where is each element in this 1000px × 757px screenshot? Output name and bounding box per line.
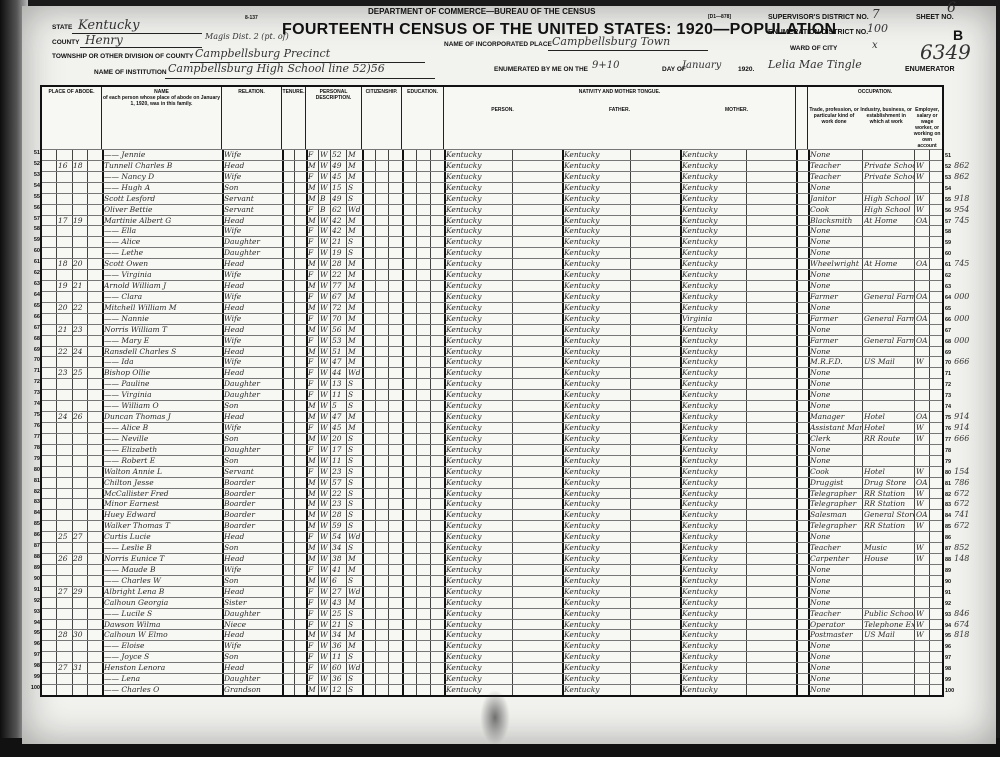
right-margin: 67 xyxy=(945,325,985,334)
line-number: 67 xyxy=(26,325,40,331)
right-margin: 85672 xyxy=(945,521,985,530)
sex: F xyxy=(308,445,318,455)
father-birthplace: Kentucky xyxy=(564,554,630,564)
industry: At Home xyxy=(864,259,914,269)
dwelling-number xyxy=(58,521,72,531)
person-name: —— Leslie B xyxy=(104,543,222,553)
birthplace: Kentucky xyxy=(446,663,512,673)
dwelling-number xyxy=(58,510,72,520)
occupation-code: 000 xyxy=(954,292,969,301)
worker-class xyxy=(916,565,929,575)
sex: M xyxy=(308,576,318,586)
relation: Wife xyxy=(224,336,282,346)
line-number: 54 xyxy=(26,183,40,189)
marital-status: M xyxy=(348,281,362,291)
occupation: Farmer xyxy=(810,314,862,324)
marital-status: M xyxy=(348,226,362,236)
right-margin: 52862 xyxy=(945,161,985,170)
right-margin: 73 xyxy=(945,390,985,399)
person-name: —— Charles W xyxy=(104,576,222,586)
right-line-number: 57 xyxy=(945,219,951,225)
dwelling-number xyxy=(58,620,72,630)
marital-status: S xyxy=(348,434,362,444)
father-birthplace: Kentucky xyxy=(564,401,630,411)
age: 36 xyxy=(332,641,346,651)
worker-class xyxy=(916,674,929,684)
occupation-code: 000 xyxy=(954,314,969,323)
worker-class xyxy=(916,576,929,586)
family-number: 18 xyxy=(73,161,87,171)
occupation: Teacher xyxy=(810,543,862,553)
line-number: 78 xyxy=(26,445,40,451)
line-number: 60 xyxy=(26,248,40,254)
mother-birthplace: Kentucky xyxy=(682,390,746,400)
line-number: 76 xyxy=(26,423,40,429)
birthplace: Kentucky xyxy=(446,194,512,204)
father-birthplace: Kentucky xyxy=(564,521,630,531)
father-birthplace: Kentucky xyxy=(564,478,630,488)
mother-birthplace: Kentucky xyxy=(682,685,746,695)
relation: Son xyxy=(224,543,282,553)
dwelling-number xyxy=(58,401,72,411)
worker-class: W xyxy=(916,620,929,630)
worker-class xyxy=(916,685,929,695)
person-name: Arnold William J xyxy=(104,281,222,291)
occupation-code: 862 xyxy=(954,172,969,181)
mother-birthplace: Kentucky xyxy=(682,554,746,564)
industry: At Home xyxy=(864,216,914,226)
industry: General Store xyxy=(864,510,914,520)
industry: Telephone Exchange xyxy=(864,620,914,630)
family-number xyxy=(73,401,87,411)
relation: Daughter xyxy=(224,445,282,455)
person-name: Curtis Lucie xyxy=(104,532,222,542)
right-line-number: 71 xyxy=(945,371,951,377)
table-row: 57 17 19 Martinie Albert G Head M W 42 M… xyxy=(42,215,942,226)
col-citizenship: CITIZENSHIP. xyxy=(362,87,402,149)
marital-status: S xyxy=(348,390,362,400)
relation: Wife xyxy=(224,314,282,324)
mother-birthplace: Kentucky xyxy=(682,357,746,367)
right-line-number: 92 xyxy=(945,601,951,607)
line-number: 80 xyxy=(26,467,40,473)
right-margin: 98 xyxy=(945,663,985,672)
marital-status: S xyxy=(348,674,362,684)
person-name: —— Alice xyxy=(104,237,222,247)
family-number: 22 xyxy=(73,303,87,313)
occupation: None xyxy=(810,325,862,335)
right-line-number: 89 xyxy=(945,568,951,574)
line-number: 92 xyxy=(26,598,40,604)
race: W xyxy=(320,641,330,651)
race: W xyxy=(320,390,330,400)
family-number xyxy=(73,499,87,509)
person-name: —— Alice B xyxy=(104,423,222,433)
col-occupation-title: OCCUPATION. xyxy=(808,89,942,95)
race: W xyxy=(320,445,330,455)
sex: M xyxy=(308,434,318,444)
right-margin: 94674 xyxy=(945,620,985,629)
occupation: Postmaster xyxy=(810,630,862,640)
industry: RR Station xyxy=(864,521,914,531)
col-relation: RELATION. xyxy=(222,87,282,149)
county-value: Henry xyxy=(85,33,123,47)
month-value: January xyxy=(682,60,721,71)
family-number xyxy=(73,521,87,531)
family-number xyxy=(73,434,87,444)
age: 47 xyxy=(332,357,346,367)
father-birthplace: Kentucky xyxy=(564,543,630,553)
dwelling-number xyxy=(58,205,72,215)
mother-birthplace: Kentucky xyxy=(682,445,746,455)
worker-class: OA xyxy=(916,510,929,520)
industry xyxy=(864,641,914,651)
right-line-number: 94 xyxy=(945,623,951,629)
mother-birthplace: Kentucky xyxy=(682,336,746,346)
father-birthplace: Kentucky xyxy=(564,510,630,520)
mother-birthplace: Kentucky xyxy=(682,510,746,520)
relation: Head xyxy=(224,368,282,378)
right-line-number: 95 xyxy=(945,633,951,639)
person-name: Norris Eunice T xyxy=(104,554,222,564)
industry xyxy=(864,445,914,455)
occupation: None xyxy=(810,685,862,695)
supervisor-value: 7 xyxy=(872,7,880,21)
marital-status: M xyxy=(348,216,362,226)
father-birthplace: Kentucky xyxy=(564,303,630,313)
dwelling-number xyxy=(58,183,72,193)
relation: Head xyxy=(224,412,282,422)
right-line-number: 52 xyxy=(945,164,951,170)
race: W xyxy=(320,248,330,258)
age: 11 xyxy=(332,456,346,466)
birthplace: Kentucky xyxy=(446,183,512,193)
marital-status: S xyxy=(348,510,362,520)
right-line-number: 74 xyxy=(945,404,951,410)
birthplace: Kentucky xyxy=(446,423,512,433)
col-tenure: TENURE. xyxy=(282,87,306,149)
line-number: 56 xyxy=(26,205,40,211)
occupation-code: 954 xyxy=(954,205,969,214)
relation: Head xyxy=(224,554,282,564)
right-line-number: 100 xyxy=(945,688,954,694)
industry xyxy=(864,565,914,575)
family-number xyxy=(73,314,87,324)
family-number: 21 xyxy=(73,281,87,291)
industry: Private School xyxy=(864,161,914,171)
col-personal: PERSONAL DESCRIPTION. xyxy=(306,87,362,149)
worker-class: OA xyxy=(916,259,929,269)
mother-birthplace: Kentucky xyxy=(682,259,746,269)
father-birthplace: Kentucky xyxy=(564,205,630,215)
marital-status: M xyxy=(348,347,362,357)
right-margin: 97 xyxy=(945,652,985,661)
occupation: None xyxy=(810,401,862,411)
father-birthplace: Kentucky xyxy=(564,161,630,171)
industry xyxy=(864,576,914,586)
relation: Head xyxy=(224,347,282,357)
occupation-code: 672 xyxy=(954,489,969,498)
relation: Head xyxy=(224,161,282,171)
race: W xyxy=(320,652,330,662)
col-father: FATHER. xyxy=(561,107,678,113)
industry xyxy=(864,663,914,673)
sex: F xyxy=(308,609,318,619)
family-number xyxy=(73,336,87,346)
father-birthplace: Kentucky xyxy=(564,347,630,357)
person-name: —— Robert E xyxy=(104,456,222,466)
person-name: —— Mary E xyxy=(104,336,222,346)
relation: Niece xyxy=(224,620,282,630)
occupation-code: 745 xyxy=(954,259,969,268)
person-name: —— Elizabeth xyxy=(104,445,222,455)
worker-class: OA xyxy=(916,336,929,346)
marital-status: M xyxy=(348,598,362,608)
worker-class: W xyxy=(916,489,929,499)
mother-birthplace: Kentucky xyxy=(682,565,746,575)
person-name: —— Lethe xyxy=(104,248,222,258)
marital-status: M xyxy=(348,357,362,367)
worker-class: OA xyxy=(916,412,929,422)
dwelling-number xyxy=(58,423,72,433)
person-name: Duncan Thomas J xyxy=(104,412,222,422)
mother-birthplace: Kentucky xyxy=(682,194,746,204)
sex: M xyxy=(308,521,318,531)
worker-class xyxy=(916,270,929,280)
incorporated-value: Campbellsburg Town xyxy=(552,35,670,48)
worker-class xyxy=(916,379,929,389)
sex: F xyxy=(308,674,318,684)
right-line-number: 87 xyxy=(945,546,951,552)
institution-value: Campbellsburg High School line 52)56 xyxy=(168,62,385,75)
family-number xyxy=(73,456,87,466)
dwelling-number xyxy=(58,543,72,553)
age: 43 xyxy=(332,598,346,608)
father-birthplace: Kentucky xyxy=(564,598,630,608)
dwelling-number xyxy=(58,685,72,695)
birthplace: Kentucky xyxy=(446,576,512,586)
sex: M xyxy=(308,325,318,335)
dwelling-number: 18 xyxy=(58,259,72,269)
mother-birthplace: Kentucky xyxy=(682,587,746,597)
occupation: Telegrapher xyxy=(810,499,862,509)
sex: M xyxy=(308,259,318,269)
worker-class xyxy=(916,532,929,542)
right-margin: 56954 xyxy=(945,205,985,214)
occupation: Blacksmith xyxy=(810,216,862,226)
table-row: 73 —— Virginia Daughter F W 11 S Kentuck… xyxy=(42,389,942,400)
line-number: 62 xyxy=(26,270,40,276)
sheet-value: 6 xyxy=(947,0,956,16)
worker-class xyxy=(916,445,929,455)
race: W xyxy=(320,183,330,193)
occupation-code: 918 xyxy=(954,194,969,203)
sex: F xyxy=(308,226,318,236)
marital-status: S xyxy=(348,379,362,389)
race: W xyxy=(320,412,330,422)
township-label: TOWNSHIP OR OTHER DIVISION OF COUNTY xyxy=(52,53,193,60)
industry xyxy=(864,270,914,280)
father-birthplace: Kentucky xyxy=(564,237,630,247)
father-birthplace: Kentucky xyxy=(564,379,630,389)
race: B xyxy=(320,194,330,204)
mother-birthplace: Kentucky xyxy=(682,423,746,433)
institution-label: NAME OF INSTITUTION xyxy=(94,69,167,76)
birthplace: Kentucky xyxy=(446,412,512,422)
right-line-number: 97 xyxy=(945,655,951,661)
age: 72 xyxy=(332,303,346,313)
ed-value: 100 xyxy=(867,22,888,35)
sex: M xyxy=(308,554,318,564)
industry: Hotel xyxy=(864,412,914,422)
relation: Head xyxy=(224,587,282,597)
father-birthplace: Kentucky xyxy=(564,652,630,662)
race: W xyxy=(320,456,330,466)
father-birthplace: Kentucky xyxy=(564,609,630,619)
right-line-number: 83 xyxy=(945,502,951,508)
right-margin: 66000 xyxy=(945,314,985,323)
age: 67 xyxy=(332,292,346,302)
person-name: Chilton Jesse xyxy=(104,478,222,488)
age: 11 xyxy=(332,652,346,662)
birthplace: Kentucky xyxy=(446,150,512,160)
mother-birthplace: Kentucky xyxy=(682,150,746,160)
race: W xyxy=(320,630,330,640)
family-number: 23 xyxy=(73,325,87,335)
right-line-number: 76 xyxy=(945,426,951,432)
marital-status: S xyxy=(348,576,362,586)
line-number: 79 xyxy=(26,456,40,462)
right-margin: 59 xyxy=(945,237,985,246)
sex: M xyxy=(308,194,318,204)
dwelling-number xyxy=(58,478,72,488)
father-birthplace: Kentucky xyxy=(564,456,630,466)
worker-class: W xyxy=(916,554,929,564)
race: W xyxy=(320,674,330,684)
line-number: 68 xyxy=(26,336,40,342)
mother-birthplace: Kentucky xyxy=(682,598,746,608)
worker-class xyxy=(916,150,929,160)
right-margin: 79 xyxy=(945,456,985,465)
line-number: 91 xyxy=(26,587,40,593)
right-line-number: 51 xyxy=(945,153,951,159)
county-line xyxy=(80,47,202,48)
worker-class xyxy=(916,303,929,313)
right-margin: 63 xyxy=(945,281,985,290)
incorporated-label: NAME OF INCORPORATED PLACE xyxy=(444,41,552,48)
person-name: —— Lena xyxy=(104,674,222,684)
line-number: 95 xyxy=(26,630,40,636)
birthplace: Kentucky xyxy=(446,325,512,335)
sex: F xyxy=(308,390,318,400)
family-number xyxy=(73,467,87,477)
industry xyxy=(864,347,914,357)
family-number xyxy=(73,652,87,662)
age: 41 xyxy=(332,565,346,575)
father-birthplace: Kentucky xyxy=(564,467,630,477)
right-line-number: 90 xyxy=(945,579,951,585)
industry xyxy=(864,368,914,378)
industry xyxy=(864,532,914,542)
right-line-number: 55 xyxy=(945,197,951,203)
race: W xyxy=(320,423,330,433)
table-row: 75 24 26 Duncan Thomas J Head M W 47 M K… xyxy=(42,411,942,422)
right-margin: 88148 xyxy=(945,554,985,563)
race: W xyxy=(320,270,330,280)
mother-birthplace: Kentucky xyxy=(682,620,746,630)
mother-birthplace: Kentucky xyxy=(682,172,746,182)
table-row: 74 —— William O Son M W 5 S Kentucky Ken… xyxy=(42,400,942,411)
person-name: McCallister Fred xyxy=(104,489,222,499)
table-row: 89 —— Maude B Wife F W 41 M Kentucky Ken… xyxy=(42,564,942,575)
right-margin: 96 xyxy=(945,641,985,650)
table-row: 81 Chilton Jesse Boarder M W 57 S Kentuc… xyxy=(42,477,942,488)
dwelling-number xyxy=(58,194,72,204)
right-line-number: 91 xyxy=(945,590,951,596)
family-number xyxy=(73,270,87,280)
occupation: None xyxy=(810,150,862,160)
line-number: 58 xyxy=(26,226,40,232)
industry: RR Station xyxy=(864,489,914,499)
father-birthplace: Kentucky xyxy=(564,368,630,378)
marital-status: Wd xyxy=(348,205,362,215)
family-number xyxy=(73,183,87,193)
worker-class xyxy=(916,368,929,378)
right-margin: 93846 xyxy=(945,609,985,618)
birthplace: Kentucky xyxy=(446,587,512,597)
dwelling-number: 19 xyxy=(58,281,72,291)
marital-status: S xyxy=(348,620,362,630)
sex: F xyxy=(308,565,318,575)
line-number: 90 xyxy=(26,576,40,582)
industry xyxy=(864,150,914,160)
sex: M xyxy=(308,510,318,520)
marital-status: M xyxy=(348,423,362,433)
sex: F xyxy=(308,150,318,160)
occupation: Telegrapher xyxy=(810,489,862,499)
dwelling-number xyxy=(58,248,72,258)
table-row: 83 Minor Earnest Boarder M W 23 S Kentuc… xyxy=(42,498,942,509)
occupation: Teacher xyxy=(810,609,862,619)
right-line-number: 85 xyxy=(945,524,951,530)
sex: M xyxy=(308,401,318,411)
dwelling-number xyxy=(58,674,72,684)
worker-class xyxy=(916,325,929,335)
worker-class: W xyxy=(916,172,929,182)
worker-class: W xyxy=(916,423,929,433)
mother-birthplace: Kentucky xyxy=(682,379,746,389)
dwelling-number xyxy=(58,357,72,367)
worker-class: W xyxy=(916,205,929,215)
worker-class: W xyxy=(916,161,929,171)
line-number: 63 xyxy=(26,281,40,287)
industry xyxy=(864,674,914,684)
birthplace: Kentucky xyxy=(446,674,512,684)
right-margin: 58 xyxy=(945,226,985,235)
right-margin: 64000 xyxy=(945,292,985,301)
occupation-code: 666 xyxy=(954,434,969,443)
occupation: None xyxy=(810,532,862,542)
marital-status: S xyxy=(348,183,362,193)
right-margin: 87852 xyxy=(945,543,985,552)
age: 42 xyxy=(332,216,346,226)
table-row: 58 —— Ella Wife F W 42 M Kentucky Kentuc… xyxy=(42,225,942,236)
occupation-code: 914 xyxy=(954,412,969,421)
age: 53 xyxy=(332,336,346,346)
mother-birthplace: Kentucky xyxy=(682,456,746,466)
right-line-number: 65 xyxy=(945,306,951,312)
birthplace: Kentucky xyxy=(446,314,512,324)
